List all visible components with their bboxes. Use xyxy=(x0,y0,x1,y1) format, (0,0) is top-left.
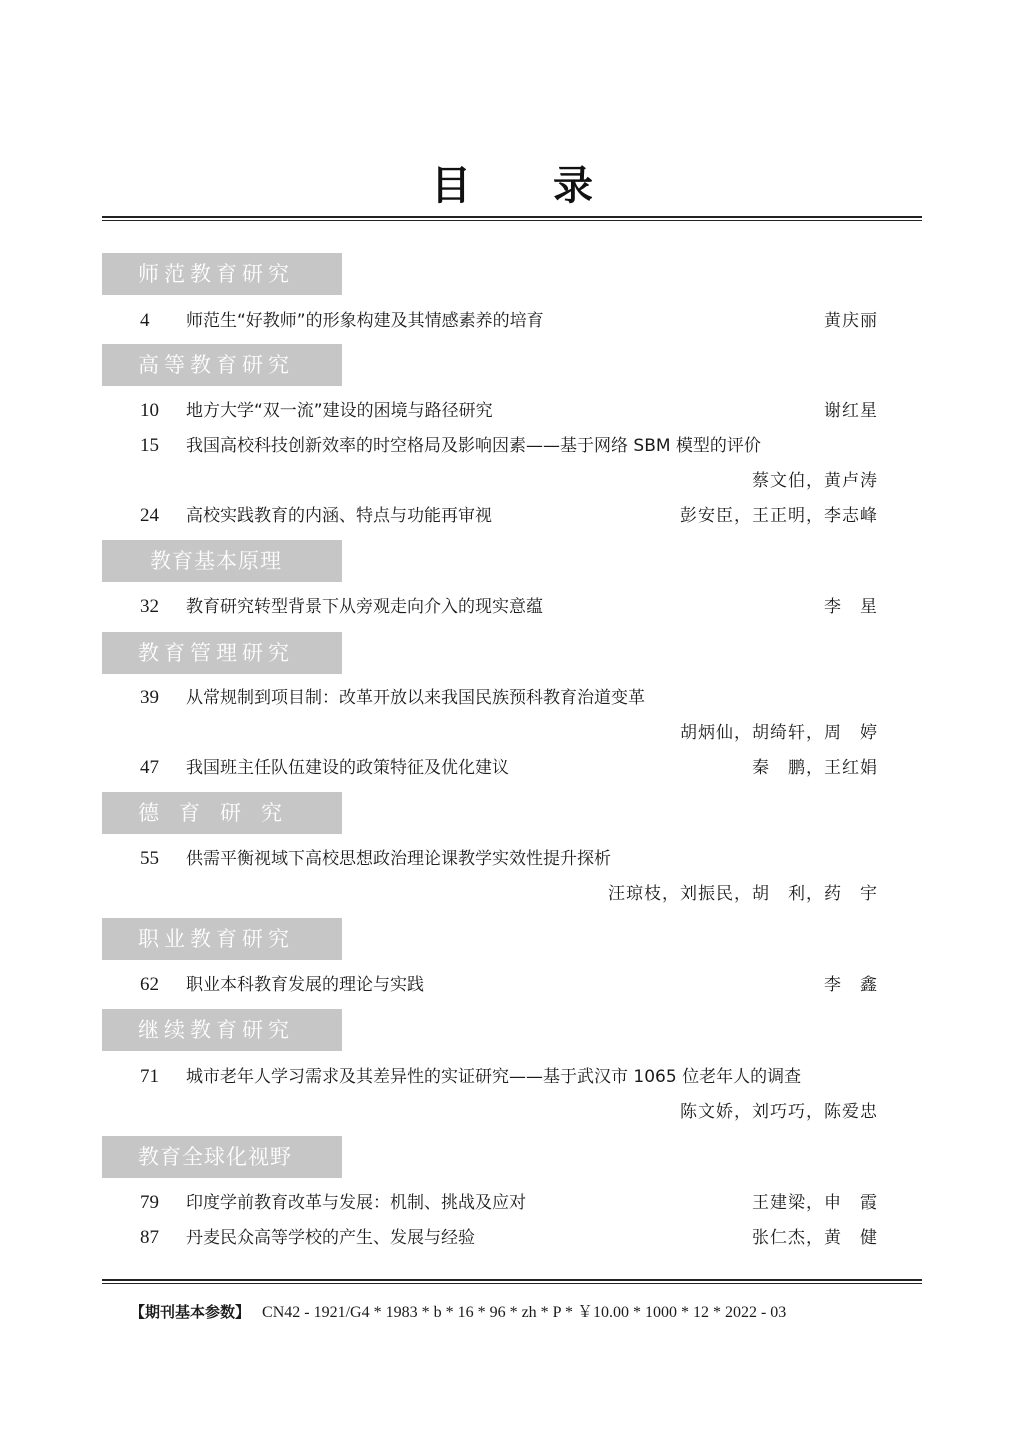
footer-double-rule xyxy=(102,1279,922,1284)
page-title: 目录 xyxy=(0,158,1024,214)
toc-entry-authors-line: 陈文娇，刘巧巧，陈爱忠 xyxy=(102,1097,922,1127)
toc-entry[interactable]: 62 职业本科教育发展的理论与实践 李 鑫 xyxy=(102,970,922,1000)
entry-authors: 秦 鹏，王红娟 xyxy=(752,753,878,783)
entry-page-number: 32 xyxy=(140,592,180,622)
section-header-vocational-education: 职业教育研究 xyxy=(102,918,342,960)
entry-title[interactable]: 城市老年人学习需求及其差异性的实证研究——基于武汉市 1065 位老年人的调查 xyxy=(186,1062,801,1092)
entry-title[interactable]: 高校实践教育的内涵、特点与功能再审视 xyxy=(186,501,492,531)
toc-entry-authors-line: 汪琼枝，刘振民，胡 利，药 宇 xyxy=(102,879,922,909)
section-header-continuing-education: 继续教育研究 xyxy=(102,1009,342,1051)
entry-title[interactable]: 师范生“好教师”的形象构建及其情感素养的培育 xyxy=(186,306,544,336)
entry-authors: 李 鑫 xyxy=(824,970,878,1000)
entry-title[interactable]: 我国高校科技创新效率的时空格局及影响因素——基于网络 SBM 模型的评价 xyxy=(186,431,761,461)
toc-entry[interactable]: 4 师范生“好教师”的形象构建及其情感素养的培育 黄庆丽 xyxy=(102,306,922,336)
entry-authors: 李 星 xyxy=(824,592,878,622)
section-header-education-management: 教育管理研究 xyxy=(102,632,342,674)
toc-entry[interactable]: 10 地方大学“双一流”建设的困境与路径研究 谢红星 xyxy=(102,396,922,426)
entry-title[interactable]: 丹麦民众高等学校的产生、发展与经验 xyxy=(186,1223,475,1253)
entry-title[interactable]: 从常规制到项目制：改革开放以来我国民族预科教育治道变革 xyxy=(186,683,645,713)
toc-entry[interactable]: 15 我国高校科技创新效率的时空格局及影响因素——基于网络 SBM 模型的评价 xyxy=(102,431,922,461)
section-header-higher-education: 高等教育研究 xyxy=(102,344,342,386)
toc-entry-authors-line: 蔡文伯，黄卢涛 xyxy=(102,466,922,496)
entry-title[interactable]: 我国班主任队伍建设的政策特征及优化建议 xyxy=(186,753,509,783)
toc-entry[interactable]: 39 从常规制到项目制：改革开放以来我国民族预科教育治道变革 xyxy=(102,683,922,713)
entry-title[interactable]: 地方大学“双一流”建设的困境与路径研究 xyxy=(186,396,493,426)
toc-entry[interactable]: 47 我国班主任队伍建设的政策特征及优化建议 秦 鹏，王红娟 xyxy=(102,753,922,783)
entry-page-number: 10 xyxy=(140,396,180,426)
entry-authors: 张仁杰，黄 健 xyxy=(752,1223,878,1253)
section-header-moral-education: 德育研究 xyxy=(102,792,342,834)
entry-page-number: 24 xyxy=(140,501,180,531)
entry-title[interactable]: 印度学前教育改革与发展：机制、挑战及应对 xyxy=(186,1188,526,1218)
entry-authors: 黄庆丽 xyxy=(824,306,878,336)
entry-authors: 彭安臣，王正明，李志峰 xyxy=(680,501,878,531)
entry-title[interactable]: 供需平衡视域下高校思想政治理论课教学实效性提升探析 xyxy=(186,844,611,874)
entry-authors: 陈文娇，刘巧巧，陈爱忠 xyxy=(680,1097,878,1127)
toc-entry[interactable]: 79 印度学前教育改革与发展：机制、挑战及应对 王建梁，申 霞 xyxy=(102,1188,922,1218)
entry-title[interactable]: 职业本科教育发展的理论与实践 xyxy=(186,970,424,1000)
entry-page-number: 47 xyxy=(140,753,180,783)
toc-entry[interactable]: 32 教育研究转型背景下从旁观走向介入的现实意蕴 李 星 xyxy=(102,592,922,622)
entry-page-number: 79 xyxy=(140,1188,180,1218)
entry-page-number: 87 xyxy=(140,1223,180,1253)
entry-authors: 蔡文伯，黄卢涛 xyxy=(752,466,878,496)
entry-authors: 胡炳仙，胡绮轩，周 婷 xyxy=(680,718,878,748)
journal-parameters-value: CN42 - 1921/G4 * 1983 * b * 16 * 96 * zh… xyxy=(262,1304,786,1321)
section-header-education-principles: 教育基本原理 xyxy=(102,540,342,582)
entry-page-number: 15 xyxy=(140,431,180,461)
toc-entry-authors-line: 胡炳仙，胡绮轩，周 婷 xyxy=(102,718,922,748)
toc-entry[interactable]: 71 城市老年人学习需求及其差异性的实证研究——基于武汉市 1065 位老年人的… xyxy=(102,1062,922,1092)
entry-authors: 汪琼枝，刘振民，胡 利，药 宇 xyxy=(608,879,878,909)
entry-page-number: 39 xyxy=(140,683,180,713)
toc-entry[interactable]: 24 高校实践教育的内涵、特点与功能再审视 彭安臣，王正明，李志峰 xyxy=(102,501,922,531)
toc-entry[interactable]: 87 丹麦民众高等学校的产生、发展与经验 张仁杰，黄 健 xyxy=(102,1223,922,1253)
section-header-teacher-education: 师范教育研究 xyxy=(102,253,342,295)
entry-page-number: 71 xyxy=(140,1062,180,1092)
journal-parameters-label: 【期刊基本参数】 xyxy=(130,1303,250,1321)
title-double-rule xyxy=(102,216,922,221)
entry-page-number: 4 xyxy=(140,306,180,336)
entry-title[interactable]: 教育研究转型背景下从旁观走向介入的现实意蕴 xyxy=(186,592,543,622)
entry-page-number: 55 xyxy=(140,844,180,874)
section-header-global-education: 教育全球化视野 xyxy=(102,1136,342,1178)
journal-parameters: 【期刊基本参数】CN42 - 1921/G4 * 1983 * b * 16 *… xyxy=(130,1298,786,1327)
toc-entry[interactable]: 55 供需平衡视域下高校思想政治理论课教学实效性提升探析 xyxy=(102,844,922,874)
entry-authors: 谢红星 xyxy=(824,396,878,426)
entry-authors: 王建梁，申 霞 xyxy=(752,1188,878,1218)
entry-page-number: 62 xyxy=(140,970,180,1000)
